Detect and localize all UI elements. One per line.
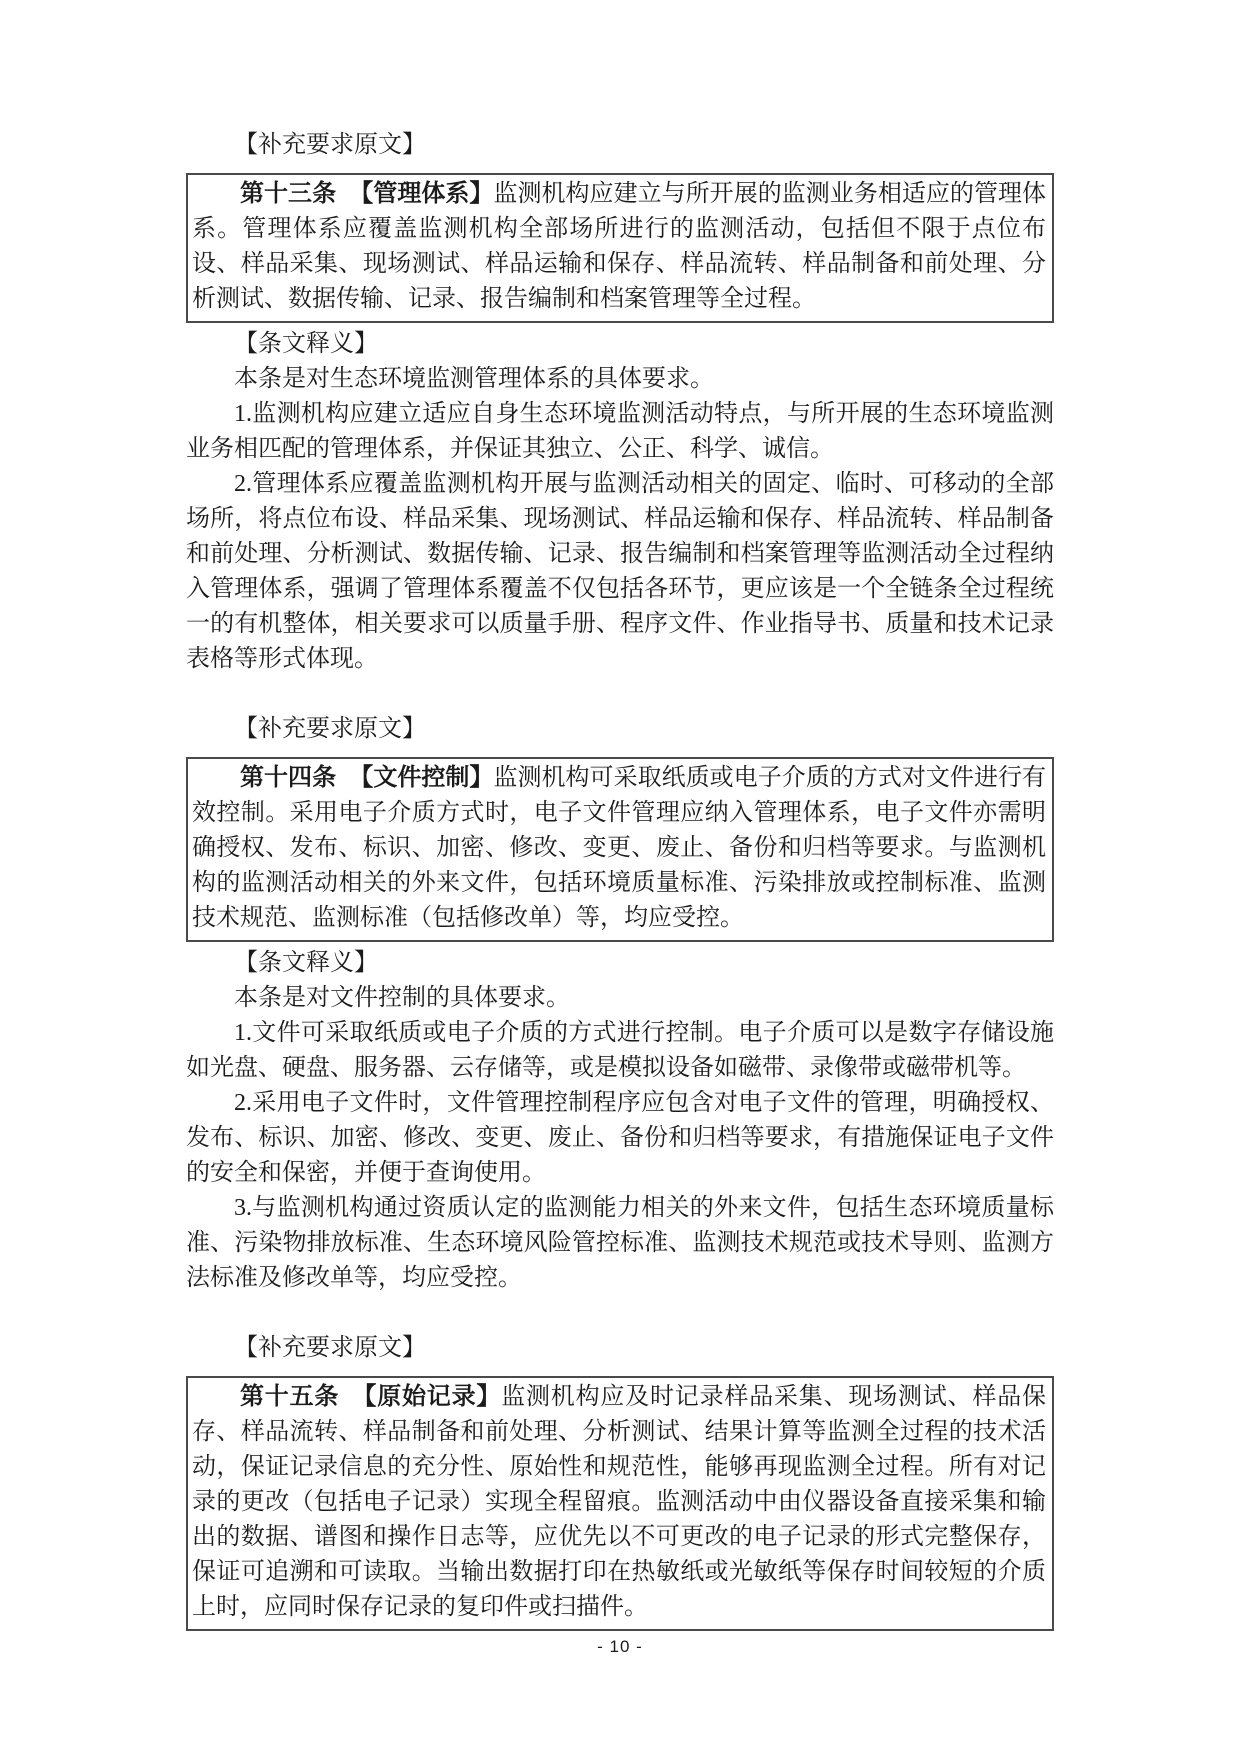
interpretation-paragraph: 1.文件可采取纸质或电子介质的方式进行控制。电子介质可以是数字存储设施如光盘、硬… xyxy=(186,1016,1054,1086)
article-paragraph: 第十五条【原始记录】监测机构应及时记录样品采集、现场测试、样品保存、样品流转、样… xyxy=(192,1380,1046,1625)
interpretation-heading: 【条文释义】 xyxy=(186,946,1054,981)
interpretation-paragraph: 本条是对生态环境监测管理体系的具体要求。 xyxy=(186,362,1054,397)
supplement-heading: 【补充要求原文】 xyxy=(186,712,1054,747)
document-page: 【补充要求原文】 第十三条【管理体系】监测机构应建立与所开展的监测业务相适应的管… xyxy=(0,0,1240,1753)
article-title: 【管理体系】 xyxy=(349,181,493,207)
interpretation-paragraph: 2.管理体系应覆盖监测机构开展与监测活动相关的固定、临时、可移动的全部场所，将点… xyxy=(186,467,1054,677)
article-paragraph: 第十四条【文件控制】监测机构可采取纸质或电子介质的方式对文件进行有效控制。采用电… xyxy=(192,761,1046,936)
interpretation-paragraph: 1.监测机构应建立适应自身生态环境监测活动特点，与所开展的生态环境监测业务相匹配… xyxy=(186,397,1054,467)
supplement-heading: 【补充要求原文】 xyxy=(186,128,1054,163)
interpretation-paragraph: 3.与监测机构通过资质认定的监测能力相关的外来文件，包括生态环境质量标准、污染物… xyxy=(186,1191,1054,1296)
article-section-13: 【补充要求原文】 第十三条【管理体系】监测机构应建立与所开展的监测业务相适应的管… xyxy=(186,128,1054,677)
article-text-box: 第十五条【原始记录】监测机构应及时记录样品采集、现场测试、样品保存、样品流转、样… xyxy=(186,1376,1054,1631)
article-text-box: 第十四条【文件控制】监测机构可采取纸质或电子介质的方式对文件进行有效控制。采用电… xyxy=(186,757,1054,942)
article-section-14: 【补充要求原文】 第十四条【文件控制】监测机构可采取纸质或电子介质的方式对文件进… xyxy=(186,712,1054,1296)
interpretation-paragraph: 本条是对文件控制的具体要求。 xyxy=(186,981,1054,1016)
interpretation-paragraph: 2.采用电子文件时，文件管理控制程序应包含对电子文件的管理，明确授权、发布、标识… xyxy=(186,1086,1054,1191)
article-title: 【文件控制】 xyxy=(349,765,493,791)
interpretation-block: 本条是对生态环境监测管理体系的具体要求。 1.监测机构应建立适应自身生态环境监测… xyxy=(186,362,1054,677)
interpretation-heading: 【条文释义】 xyxy=(186,327,1054,362)
article-number: 第十三条 xyxy=(240,181,336,207)
article-text-box: 第十三条【管理体系】监测机构应建立与所开展的监测业务相适应的管理体系。管理体系应… xyxy=(186,173,1054,323)
interpretation-block: 本条是对文件控制的具体要求。 1.文件可采取纸质或电子介质的方式进行控制。电子介… xyxy=(186,981,1054,1296)
article-body-text: 监测机构应及时记录样品采集、现场测试、样品保存、样品流转、样品制备和前处理、分析… xyxy=(192,1384,1046,1620)
article-paragraph: 第十三条【管理体系】监测机构应建立与所开展的监测业务相适应的管理体系。管理体系应… xyxy=(192,177,1046,317)
page-number: - 10 - xyxy=(0,1637,1240,1657)
article-title: 【原始记录】 xyxy=(352,1384,501,1410)
supplement-heading: 【补充要求原文】 xyxy=(186,1331,1054,1366)
article-number: 第十四条 xyxy=(240,765,336,791)
article-section-15: 【补充要求原文】 第十五条【原始记录】监测机构应及时记录样品采集、现场测试、样品… xyxy=(186,1331,1054,1631)
article-number: 第十五条 xyxy=(240,1384,339,1410)
